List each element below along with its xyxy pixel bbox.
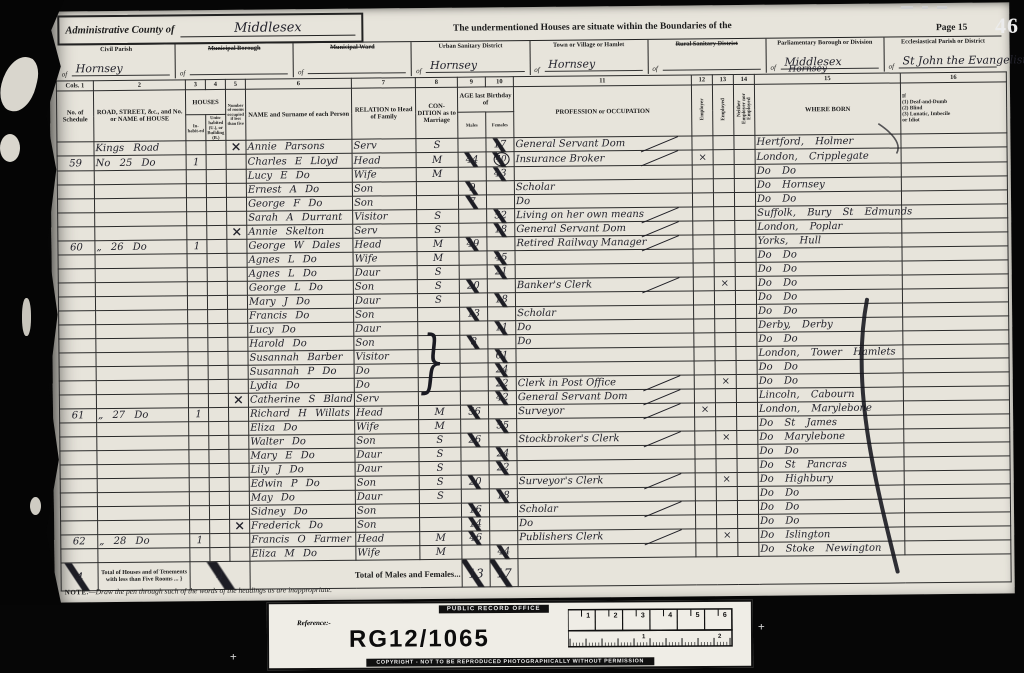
cell-uninhabited — [207, 239, 227, 253]
col-header-road: ROAD, STREET, &c., and No. or NAME of HO… — [93, 90, 185, 142]
cell-age-male — [459, 293, 487, 307]
cell-employed — [713, 136, 734, 150]
cell-uninhabited — [207, 281, 227, 295]
cell-relation: Head — [356, 532, 420, 547]
cell-neither — [736, 374, 757, 388]
cell-age-female: 40 — [486, 152, 514, 167]
cell-name: Mary J Do — [247, 294, 353, 309]
cell-inhabited: 1 — [186, 155, 206, 170]
cell-infirmity — [905, 526, 1011, 541]
cell-uninhabited — [210, 533, 230, 547]
cell-uninhabited — [206, 169, 226, 183]
cell-inhabited — [189, 450, 209, 464]
cell-age-female: 17 — [486, 138, 514, 152]
cell-name: Francis O Farmer — [250, 532, 356, 547]
footer-note: NOTE.—Draw the pen through such of the w… — [65, 585, 332, 597]
cell-inhabited: 1 — [187, 240, 207, 254]
cell-where-born: Do Do — [756, 247, 902, 262]
cell-age-male: 20 — [461, 475, 489, 489]
cell-neither — [737, 444, 758, 458]
cell-uninhabited — [208, 365, 228, 379]
cell-age-female: 21 — [487, 265, 515, 279]
cell-neither — [734, 135, 755, 149]
cell-name: George L Do — [247, 280, 353, 295]
cell-name: Susannah P Do — [248, 364, 354, 379]
cell-infirmity — [904, 498, 1010, 513]
cell-road — [97, 436, 189, 451]
cell-employer — [693, 221, 714, 235]
cell-employer — [695, 459, 716, 473]
cell-age-female — [488, 335, 516, 349]
cell-uninhabited — [208, 407, 228, 421]
cell-where-born: Do Marylebone — [758, 429, 904, 444]
cell-schedule — [59, 381, 96, 395]
cell-age-male — [459, 209, 487, 223]
cell-where-born: Suffolk, Bury St Edmunds — [756, 205, 902, 220]
cell-rooms — [228, 407, 248, 421]
cell-relation: Son — [355, 434, 419, 449]
cell-neither — [735, 206, 756, 220]
reference-number: RG12/1065 — [349, 625, 490, 654]
cell-neither — [736, 304, 757, 318]
cell-relation: Daur — [355, 448, 419, 463]
cell-relation: Son — [355, 504, 419, 519]
cell-employer — [695, 431, 716, 445]
footer-note-label: NOTE. — [65, 588, 89, 596]
district-label: Ecclesiastical Parish or District — [887, 38, 998, 46]
cell-infirmity — [903, 358, 1009, 373]
cell-schedule — [59, 367, 96, 381]
cell-where-born: Do Do — [758, 443, 904, 458]
cell-neither — [736, 332, 757, 346]
cell-infirmity — [904, 456, 1010, 471]
cell-neither — [734, 164, 755, 178]
district-of: of — [416, 67, 422, 75]
cell-schedule: 59 — [57, 156, 94, 171]
col-header-males: Males — [458, 112, 486, 138]
cell-employer — [696, 529, 717, 543]
cell-uninhabited — [208, 323, 228, 337]
cell-neither — [735, 276, 756, 290]
cell-age-female: 18 — [487, 223, 515, 237]
col-header-name: NAME and Surname of each Person — [245, 88, 351, 140]
census-table-body: Kings Road × Annie Parsons Serv S 17 Gen… — [57, 133, 1011, 563]
district-underline — [190, 73, 288, 75]
cell-condition: S — [419, 447, 461, 461]
cell-infirmity — [903, 400, 1009, 415]
cell-uninhabited — [207, 225, 227, 239]
cell-neither — [736, 346, 757, 360]
cell-road: „ 26 Do — [95, 240, 187, 255]
cell-age-male — [461, 447, 489, 461]
cell-schedule — [59, 311, 96, 325]
cell-road — [97, 464, 189, 479]
district-of: of — [889, 63, 895, 71]
cell-age-male: 14 — [462, 517, 490, 531]
cell-employer — [696, 543, 717, 557]
cell-infirmity — [905, 540, 1011, 555]
svg-text:1: 1 — [642, 634, 646, 640]
cell-name: May Do — [249, 490, 355, 505]
cell-age-male: 20 — [459, 279, 487, 293]
district-value: Hornsey — [76, 62, 123, 75]
cell-employer — [693, 249, 714, 263]
cell-where-born: Yorks, Hull — [756, 233, 902, 248]
column-number: 4 — [205, 79, 225, 89]
cell-inhabited — [188, 394, 208, 408]
public-record-office-label: PUBLIC RECORD OFFICE — [439, 605, 549, 614]
cell-schedule — [58, 297, 95, 311]
cell-inhabited — [187, 254, 207, 268]
cell-where-born: Do Do — [757, 303, 903, 318]
cell-neither — [735, 234, 756, 248]
cell-uninhabited — [210, 547, 230, 561]
cell-occupation: Insurance Broker — [514, 150, 692, 167]
cell-rooms — [230, 547, 250, 561]
cell-relation: Wife — [353, 252, 417, 267]
cell-infirmity — [903, 302, 1009, 317]
col-header-where-born: WHERE BORN — [754, 83, 900, 135]
cell-schedule — [61, 521, 98, 535]
cell-employed — [713, 165, 734, 179]
cell-age-male — [460, 363, 488, 377]
cell-age-male: 46 — [462, 531, 490, 545]
scan-registration-mark: + — [230, 650, 237, 663]
cell-inhabited — [188, 366, 208, 380]
cell-rooms — [226, 169, 246, 183]
cell-condition: M — [420, 545, 462, 559]
cell-rooms — [228, 379, 248, 393]
cell-road — [95, 212, 187, 227]
cell-uninhabited — [206, 140, 226, 154]
cell-rooms: × — [227, 225, 247, 239]
cell-infirmity — [902, 274, 1008, 289]
cell-road — [96, 394, 188, 409]
cell-age-female: 43 — [486, 167, 514, 181]
cell-inhabited — [189, 436, 209, 450]
cell-where-born: Do Do — [755, 191, 901, 206]
cell-rooms — [229, 463, 249, 477]
cell-employer — [693, 235, 714, 249]
cell-relation: Son — [352, 196, 416, 211]
cell-age-female: 18 — [489, 489, 517, 503]
cell-infirmity — [904, 442, 1010, 457]
column-number: 8 — [415, 77, 457, 87]
district-box: Urban Sanitary District of Hornsey — [412, 41, 530, 76]
col-header-houses: HOUSES — [185, 89, 225, 114]
cell-road — [95, 226, 187, 241]
cell-inhabited — [186, 198, 206, 212]
cell-condition — [416, 195, 458, 209]
cell-employer — [696, 515, 717, 529]
cell-where-born: Hertford, Holmer — [755, 134, 901, 149]
total-males: 13 — [462, 559, 490, 587]
cell-schedule — [59, 395, 96, 409]
col-header-age: AGE last Birthday of — [457, 87, 513, 113]
cell-road: „ 27 Do — [96, 408, 188, 423]
svg-text:2: 2 — [614, 612, 618, 619]
district-of: of — [298, 68, 304, 76]
cell-schedule: 61 — [60, 409, 97, 423]
cell-uninhabited — [209, 421, 229, 435]
cell-road — [97, 422, 189, 437]
cell-relation: Head — [353, 238, 417, 253]
cell-employer — [693, 291, 714, 305]
district-box: Town or Village or Hamlet of Hornsey — [530, 40, 648, 75]
cell-where-born: Do Do — [756, 261, 902, 276]
district-box: Ecclesiastical Parish or District of St … — [884, 36, 1001, 71]
col-header-employer: Employer — [691, 85, 712, 136]
cell-condition: S — [417, 279, 459, 293]
cell-employed — [713, 179, 734, 193]
cell-infirmity — [904, 484, 1010, 499]
cell-age-female — [488, 405, 516, 419]
cell-employed — [716, 417, 737, 431]
cell-infirmity — [903, 330, 1009, 345]
cell-infirmity — [903, 316, 1009, 331]
cell-inhabited — [188, 324, 208, 338]
cell-employed — [715, 305, 736, 319]
cell-age-female: 24 — [489, 447, 517, 461]
cell-road: No 25 Do — [94, 155, 186, 171]
district-label: Town or Village or Hamlet — [533, 41, 644, 49]
cell-road — [98, 520, 190, 535]
cell-rooms — [229, 477, 249, 491]
cell-uninhabited — [208, 309, 228, 323]
scan-artifact — [937, 6, 947, 9]
cell-employer — [693, 277, 714, 291]
cell-name: George W Dales — [247, 238, 353, 253]
column-number: 10 — [485, 77, 513, 87]
cell-uninhabited — [206, 197, 226, 211]
cell-employer — [694, 333, 715, 347]
cell-rooms — [227, 281, 247, 295]
cell-inhabited: 1 — [190, 534, 210, 548]
cell-employed — [716, 445, 737, 459]
cell-age-male — [460, 349, 488, 363]
cell-employed — [715, 333, 736, 347]
cell-schedule — [58, 255, 95, 269]
cell-rooms — [229, 491, 249, 505]
cell-age-female: 55 — [489, 419, 517, 433]
cell-relation: Son — [354, 308, 418, 323]
cell-age-male — [461, 461, 489, 475]
cell-employed — [714, 235, 735, 249]
cell-name: Charles E Lloyd — [246, 153, 352, 169]
cell-neither — [734, 192, 755, 206]
cell-where-born: Do St James — [758, 415, 904, 430]
cell-inhabited — [190, 520, 210, 534]
col-header-profession: PROFESSION or OCCUPATION — [513, 85, 691, 138]
cell-condition: S — [417, 223, 459, 237]
cell-employed — [717, 515, 738, 529]
admin-county-label: Administrative County of — [65, 24, 174, 36]
cell-relation: Daur — [355, 462, 419, 477]
cell-neither — [737, 472, 758, 486]
cell-employed: × — [715, 375, 736, 389]
cell-age-female — [489, 433, 517, 447]
cell-employed: × — [716, 473, 737, 487]
cell-name: Richard H Willats — [248, 406, 354, 421]
column-number: Cols. 1 — [56, 81, 93, 91]
cell-name: Lydia Do — [248, 378, 354, 393]
ruler-scale: 12345612 — [568, 608, 733, 651]
cell-employer — [695, 445, 716, 459]
cell-infirmity — [901, 147, 1007, 163]
cell-where-born: Do Do — [758, 499, 904, 514]
cell-name: Edwin P Do — [249, 476, 355, 491]
cell-infirmity — [904, 414, 1010, 429]
cell-condition: M — [420, 531, 462, 545]
cell-inhabited — [188, 352, 208, 366]
cell-schedule — [60, 451, 97, 465]
cell-where-born: London, Marylebone — [757, 401, 903, 416]
cell-age-female — [487, 279, 515, 293]
cell-employer — [695, 501, 716, 515]
cell-neither — [736, 388, 757, 402]
cell-age-male — [459, 265, 487, 279]
cell-neither — [738, 542, 759, 556]
cell-where-born: Do Do — [759, 513, 905, 528]
col-header-neither: Neither Employer nor Employed — [733, 84, 754, 135]
cell-name: Mary E Do — [249, 448, 355, 463]
cell-condition: S — [417, 209, 459, 223]
col-header-rooms: Number of rooms occupied if less than fi… — [225, 89, 245, 140]
district-box: Parliamentary Borough or Division of Mid… — [766, 38, 884, 73]
reference-label: Reference:- — [297, 619, 331, 627]
cell-employed: × — [717, 529, 738, 543]
cell-employed — [716, 501, 737, 515]
cell-rooms — [230, 533, 250, 547]
cell-rooms — [228, 351, 248, 365]
cell-uninhabited — [208, 351, 228, 365]
scan-registration-mark: + — [758, 620, 765, 633]
cell-inhabited — [190, 548, 210, 562]
cell-rooms — [227, 253, 247, 267]
cell-road — [97, 450, 189, 465]
cell-infirmity — [901, 162, 1007, 177]
total-females: 17 — [490, 559, 518, 587]
cell-age-female: 61 — [488, 349, 516, 363]
cell-age-female — [490, 531, 518, 545]
circled-age-annotation: 40 — [493, 152, 509, 166]
cell-relation: Daur — [353, 294, 417, 309]
col-header-uninhabited: Unin-habited (U.), or Building (B.) — [206, 114, 226, 140]
district-box: Civil Parish of Hornsey — [58, 44, 176, 79]
cell-age-female: 18 — [487, 293, 515, 307]
cell-uninhabited — [209, 449, 229, 463]
cell-employer: × — [694, 403, 715, 417]
cell-road — [95, 282, 187, 297]
cell-age-male — [461, 419, 489, 433]
cell-age-male: 13 — [460, 307, 488, 321]
cell-schedule — [60, 465, 97, 479]
cell-age-male — [459, 223, 487, 237]
cell-relation: Head — [352, 153, 416, 169]
cell-name: Catherine S Bland — [248, 392, 354, 407]
cell-relation: Serv — [352, 139, 416, 154]
scan-artifact — [922, 6, 928, 9]
cell-neither — [736, 318, 757, 332]
cell-neither — [737, 486, 758, 500]
cell-condition: M — [417, 251, 459, 265]
column-number: 9 — [457, 77, 485, 87]
cell-rooms — [227, 239, 247, 253]
scan-artifact — [22, 298, 31, 336]
cell-age-female — [486, 181, 514, 195]
cell-condition: M — [419, 419, 461, 433]
cell-road — [94, 184, 186, 199]
cell-inhabited: 1 — [188, 408, 208, 422]
cell-schedule — [60, 437, 97, 451]
cell-relation: Wife — [356, 546, 420, 561]
cell-where-born: Derby, Derby — [757, 317, 903, 332]
cell-schedule — [58, 269, 95, 283]
cell-rooms — [229, 505, 249, 519]
cell-age-male — [460, 321, 488, 335]
cell-infirmity — [904, 428, 1010, 443]
cell-where-born: Do Do — [756, 289, 902, 304]
cell-relation: Serv — [353, 224, 417, 239]
cell-where-born: Do Do — [756, 275, 902, 290]
cell-neither — [735, 220, 756, 234]
cell-uninhabited — [209, 477, 229, 491]
cell-employed — [714, 291, 735, 305]
cell-uninhabited — [208, 379, 228, 393]
cell-employed — [715, 347, 736, 361]
col-header-schedule: No. of Schedule — [56, 91, 93, 142]
cell-relation: Daur — [353, 266, 417, 281]
svg-text:1: 1 — [586, 613, 590, 620]
cell-infirmity — [902, 218, 1008, 233]
cell-employed — [714, 249, 735, 263]
cell-employer — [694, 389, 715, 403]
scan-artifact — [0, 134, 20, 162]
column-number: 3 — [185, 80, 205, 90]
cell-age-male: 26 — [461, 433, 489, 447]
cell-schedule — [59, 339, 96, 353]
cell-employed — [713, 193, 734, 207]
page-number: Page 15 — [936, 23, 968, 33]
district-value: St John the Evangelist — [903, 53, 1024, 67]
cell-schedule — [58, 283, 95, 297]
cell-age-female — [486, 195, 514, 209]
column-number: 7 — [351, 78, 415, 89]
cell-inhabited — [186, 170, 206, 184]
cell-infirmity — [902, 260, 1008, 275]
cell-road — [97, 492, 189, 507]
cell-rooms — [228, 337, 248, 351]
census-table: Cols. 12345678910111213141516 No. of Sch… — [56, 71, 1012, 591]
cell-age-male: 56 — [460, 405, 488, 419]
cell-schedule — [57, 142, 94, 156]
cell-uninhabited — [208, 393, 228, 407]
cell-infirmity — [903, 386, 1009, 401]
cell-name: Sarah A Durrant — [247, 210, 353, 225]
cell-schedule — [60, 507, 97, 521]
cell-employer — [693, 263, 714, 277]
cell-schedule: 60 — [58, 241, 95, 255]
cell-relation: Visitor — [354, 350, 418, 365]
cell-schedule: 62 — [61, 535, 98, 549]
cell-relation: Daur — [355, 490, 419, 505]
cell-employer — [692, 193, 713, 207]
cell-schedule — [57, 199, 94, 213]
cell-age-female: 22 — [489, 461, 517, 475]
cell-road — [96, 310, 188, 325]
cell-name: Lily J Do — [249, 462, 355, 477]
cell-schedule — [60, 493, 97, 507]
